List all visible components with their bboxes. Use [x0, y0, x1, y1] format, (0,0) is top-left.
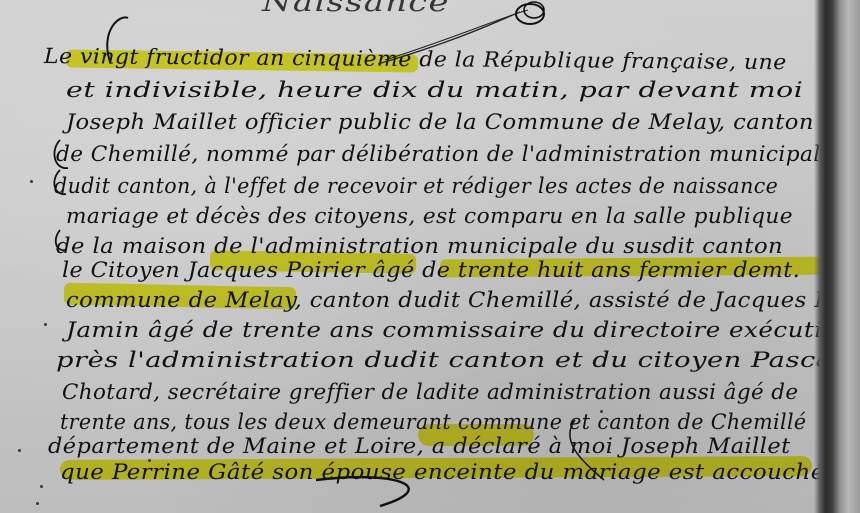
document-line-2: et indivisible, heure dix du matin, par …	[66, 78, 803, 102]
paper-speck	[36, 502, 39, 505]
document-line-5: dudit canton, à l'effet de recevoir et r…	[54, 174, 778, 198]
document-line-3: Joseph Maillet officier public de la Com…	[66, 110, 814, 134]
paper-speck	[148, 459, 151, 462]
paper-speck	[30, 180, 33, 183]
document-line-12: Chotard, secrétaire greffier de ladite a…	[62, 380, 798, 404]
document-line-7: de la maison de l'administration municip…	[56, 234, 783, 258]
paper-speck	[44, 323, 47, 326]
paper-speck	[40, 485, 43, 488]
document-title-fragment: Naissance	[262, 0, 450, 18]
document-line-11: près l'administration dudit canton et du…	[56, 348, 842, 372]
paper-speck	[600, 410, 603, 413]
document-line-8: le Citoyen Jacques Poirier âgé de trente…	[62, 258, 800, 282]
document-line-14: département de Maine et Loire, a déclaré…	[48, 434, 791, 458]
document-line-9: commune de Melay, canton dudit Chemillé,…	[66, 288, 860, 312]
paper-speck	[18, 449, 21, 452]
document-line-6: mariage et décès des citoyens, est compa…	[66, 204, 793, 228]
document-line-1: Le vingt fructidor an cinquième de la Ré…	[44, 44, 787, 74]
document-line-10: Jamin âgé de trente ans commissaire du d…	[66, 318, 832, 342]
document-line-4: de Chemillé, nommé par délibération de l…	[56, 142, 834, 166]
document-line-13: trente ans, tous les deux demeurant comm…	[60, 410, 806, 434]
book-binding-edge	[814, 0, 860, 513]
document-line-15: que Perrine Gâté son épouse enceinte du …	[60, 460, 839, 484]
scanned-document-page: Naissance Le vingt fructidor an cinquièm…	[0, 0, 860, 513]
